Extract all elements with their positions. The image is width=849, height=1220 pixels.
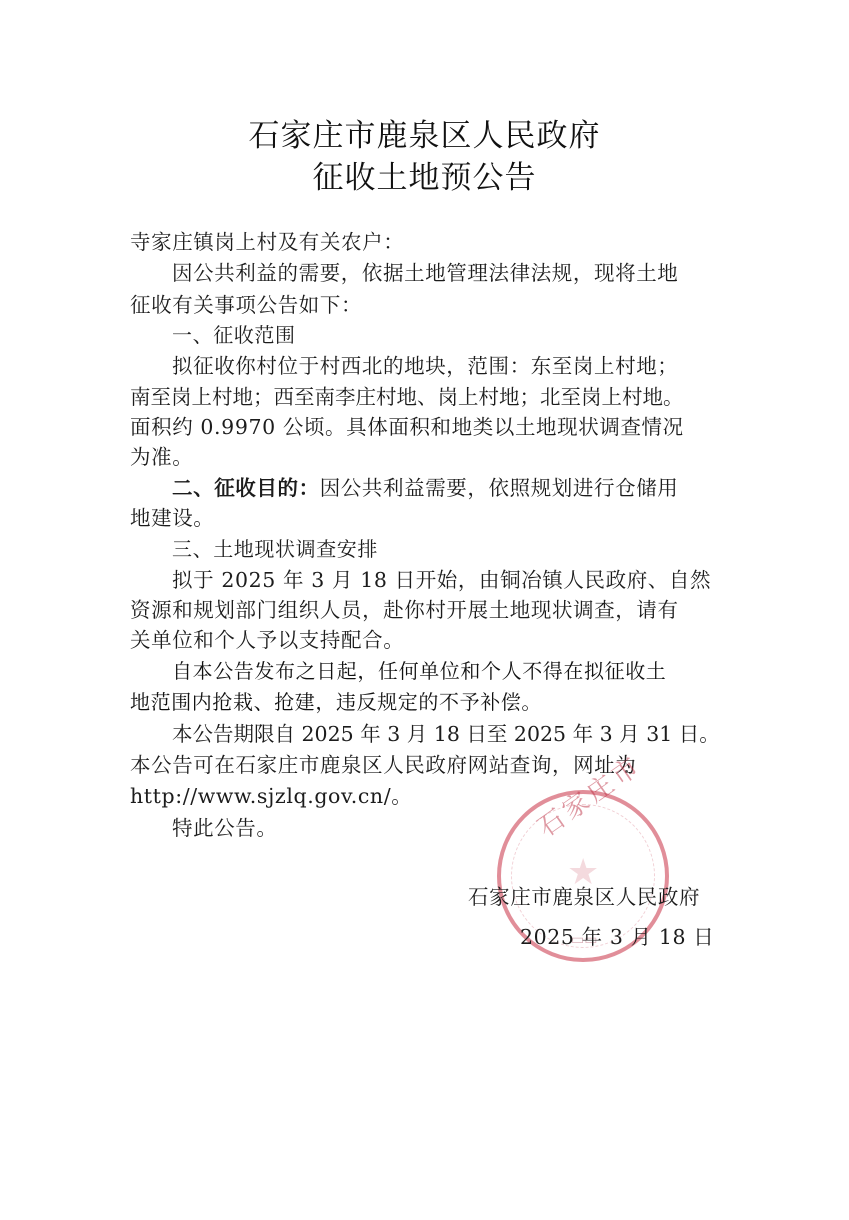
document-title-issuer: 石家庄市鹿泉区人民政府 [0,110,849,155]
section-3-heading: 三、土地现状调查安排 [172,535,378,563]
document-title-subject: 征收土地预公告 [0,152,849,197]
section-1-heading: 一、征收范围 [172,321,296,349]
signature-date: 2025 年 3 月 18 日 [520,920,714,950]
salutation: 寺家庄镇岗上村及有关农户： [130,228,404,256]
section-1-line-1: 拟征收你村位于村西北的地块，范围：东至岗上村地； [172,352,678,380]
intro-line-1: 因公共利益的需要，依据土地管理法律法规，现将土地 [172,259,678,287]
section-2-line-1: 二、征收目的：因公共利益需要，依照规划进行仓储用 [172,474,678,502]
website-line: 本公告可在石家庄市鹿泉区人民政府网站查询，网址为 [130,751,636,779]
section-3-line-3: 关单位和个人予以支持配合。 [130,626,404,654]
section-2-line-2: 地建设。 [130,504,214,532]
section-1-line-4: 为准。 [130,443,193,471]
website-url[interactable]: http://www.sjzlq.gov.cn/。 [130,782,412,810]
section-1-line-2: 南至岗上村地；西至南李庄村地、岗上村地；北至岗上村地。 [130,383,684,411]
notice-bold-line-1: 自本公告发布之日起，任何单位和个人不得在拟征收土 [172,657,666,685]
section-2-purpose: 因公共利益需要，依照规划进行仓储用 [320,476,679,500]
notice-bold-line-2: 地范围内抢栽、抢建，违反规定的不予补偿。 [130,688,542,716]
signature-organization: 石家庄市鹿泉区人民政府 [468,880,700,910]
intro-line-2: 征收有关事项公告如下： [130,291,362,319]
section-3-line-2: 资源和规划部门组织人员，赴你村开展土地现状调查，请有 [130,596,679,624]
section-2-heading: 二、征收目的： [172,476,320,500]
notice-period: 本公告期限自 2025 年 3 月 18 日至 2025 年 3 月 31 日。 [172,720,720,748]
section-1-line-3: 面积约 0.9970 公顷。具体面积和地类以土地现状调查情况 [130,413,684,441]
closing-statement: 特此公告。 [172,814,278,842]
section-3-line-1: 拟于 2025 年 3 月 18 日开始，由铜冶镇人民政府、自然 [172,566,711,594]
